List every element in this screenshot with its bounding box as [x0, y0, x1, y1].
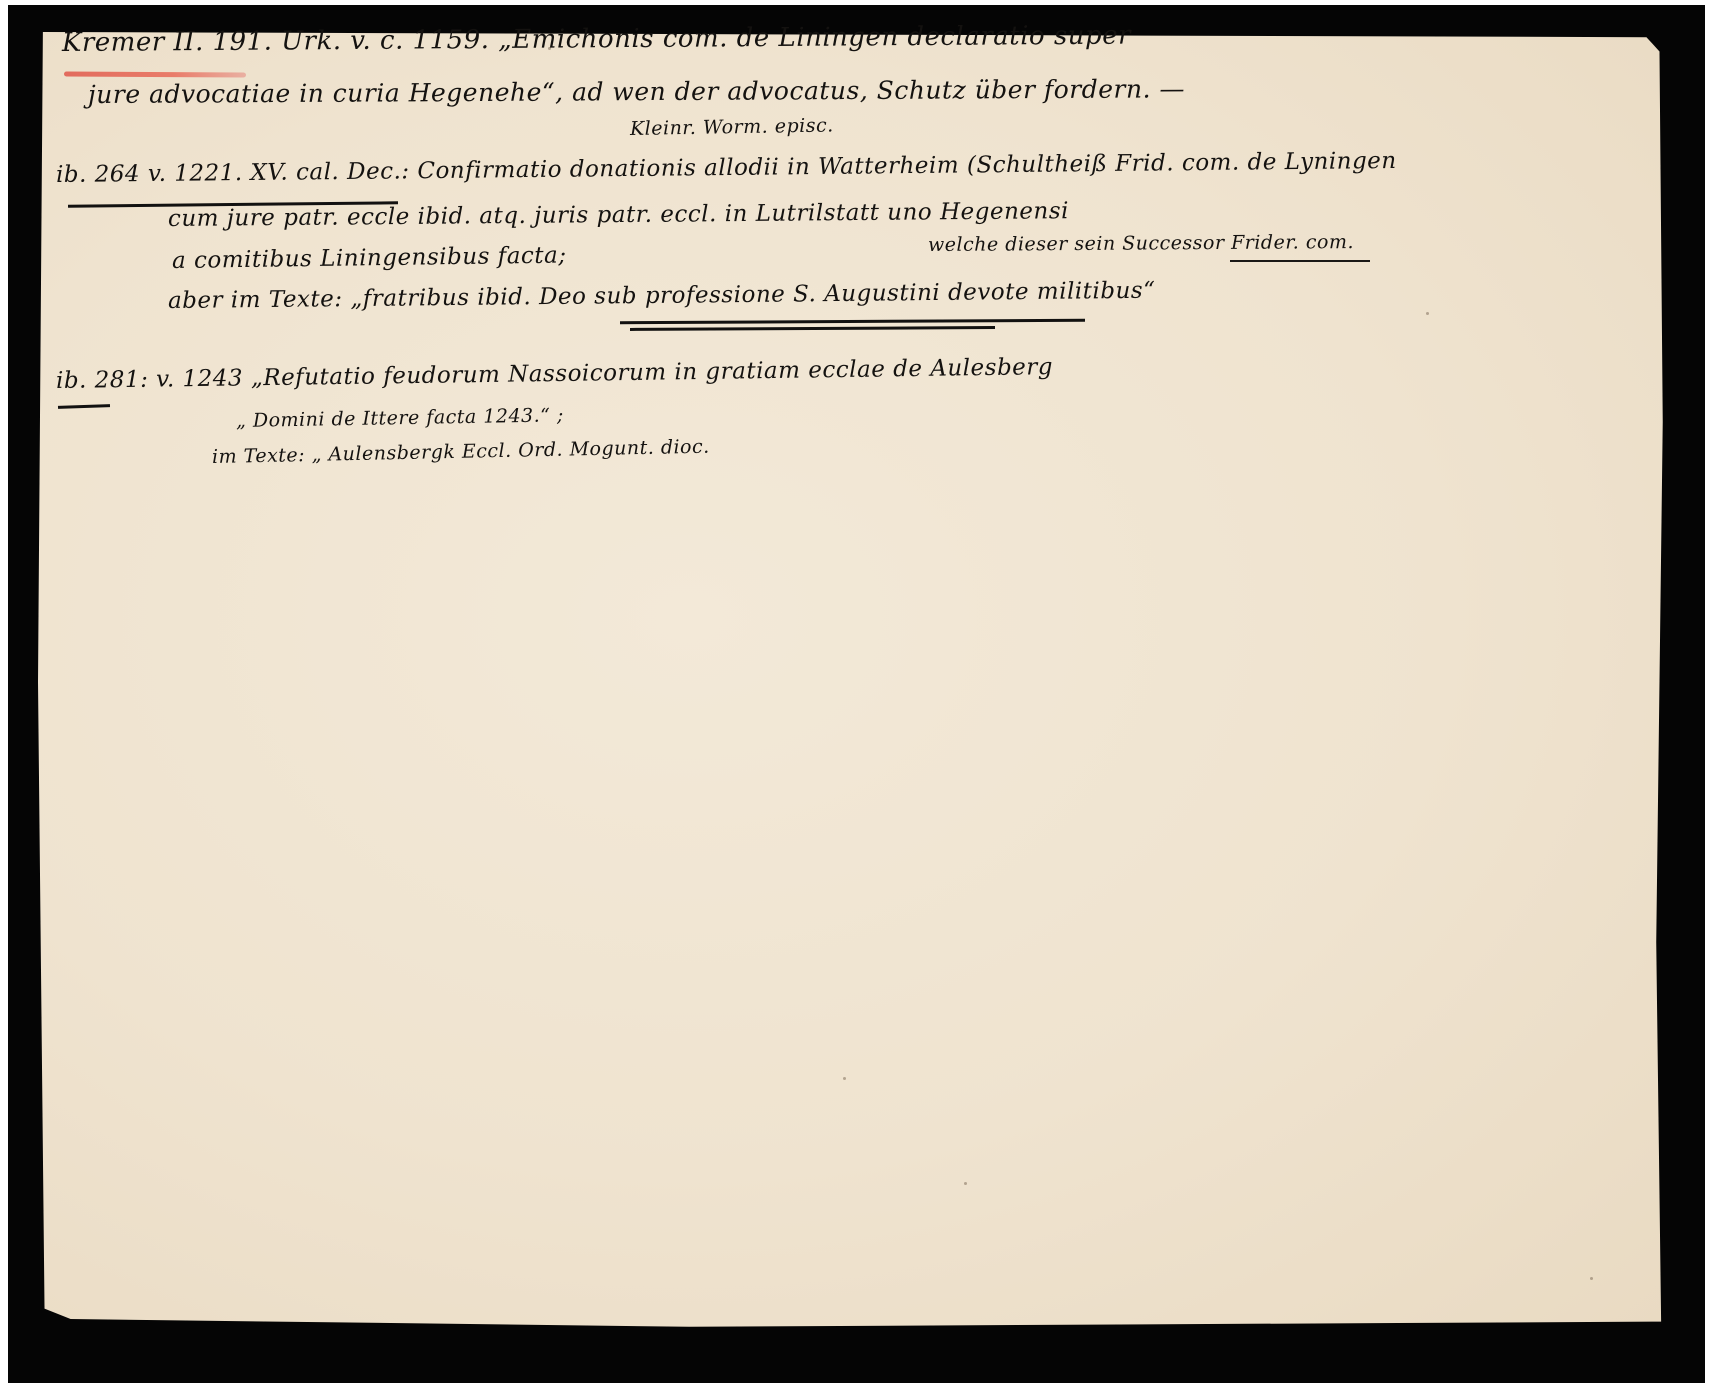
- paper-spot: [1426, 312, 1429, 315]
- entry-2-interlinear-successor: welche dieser sein Successor Frider. com…: [928, 231, 1354, 256]
- entry-2-line-3: a comitibus Liningensibus facta;: [172, 242, 567, 274]
- entry-1-line-2: jure advocatiae in curia Hegenehe“, ad w…: [88, 74, 1185, 109]
- frider-underline: [1230, 260, 1370, 262]
- red-pencil-underline: [64, 72, 246, 78]
- paper-spot: [1590, 1277, 1593, 1280]
- paper-spot: [843, 1077, 846, 1080]
- entry-2-interlinear-note: Kleinr. Worm. episc.: [630, 114, 834, 140]
- paper-spot: [964, 1182, 967, 1185]
